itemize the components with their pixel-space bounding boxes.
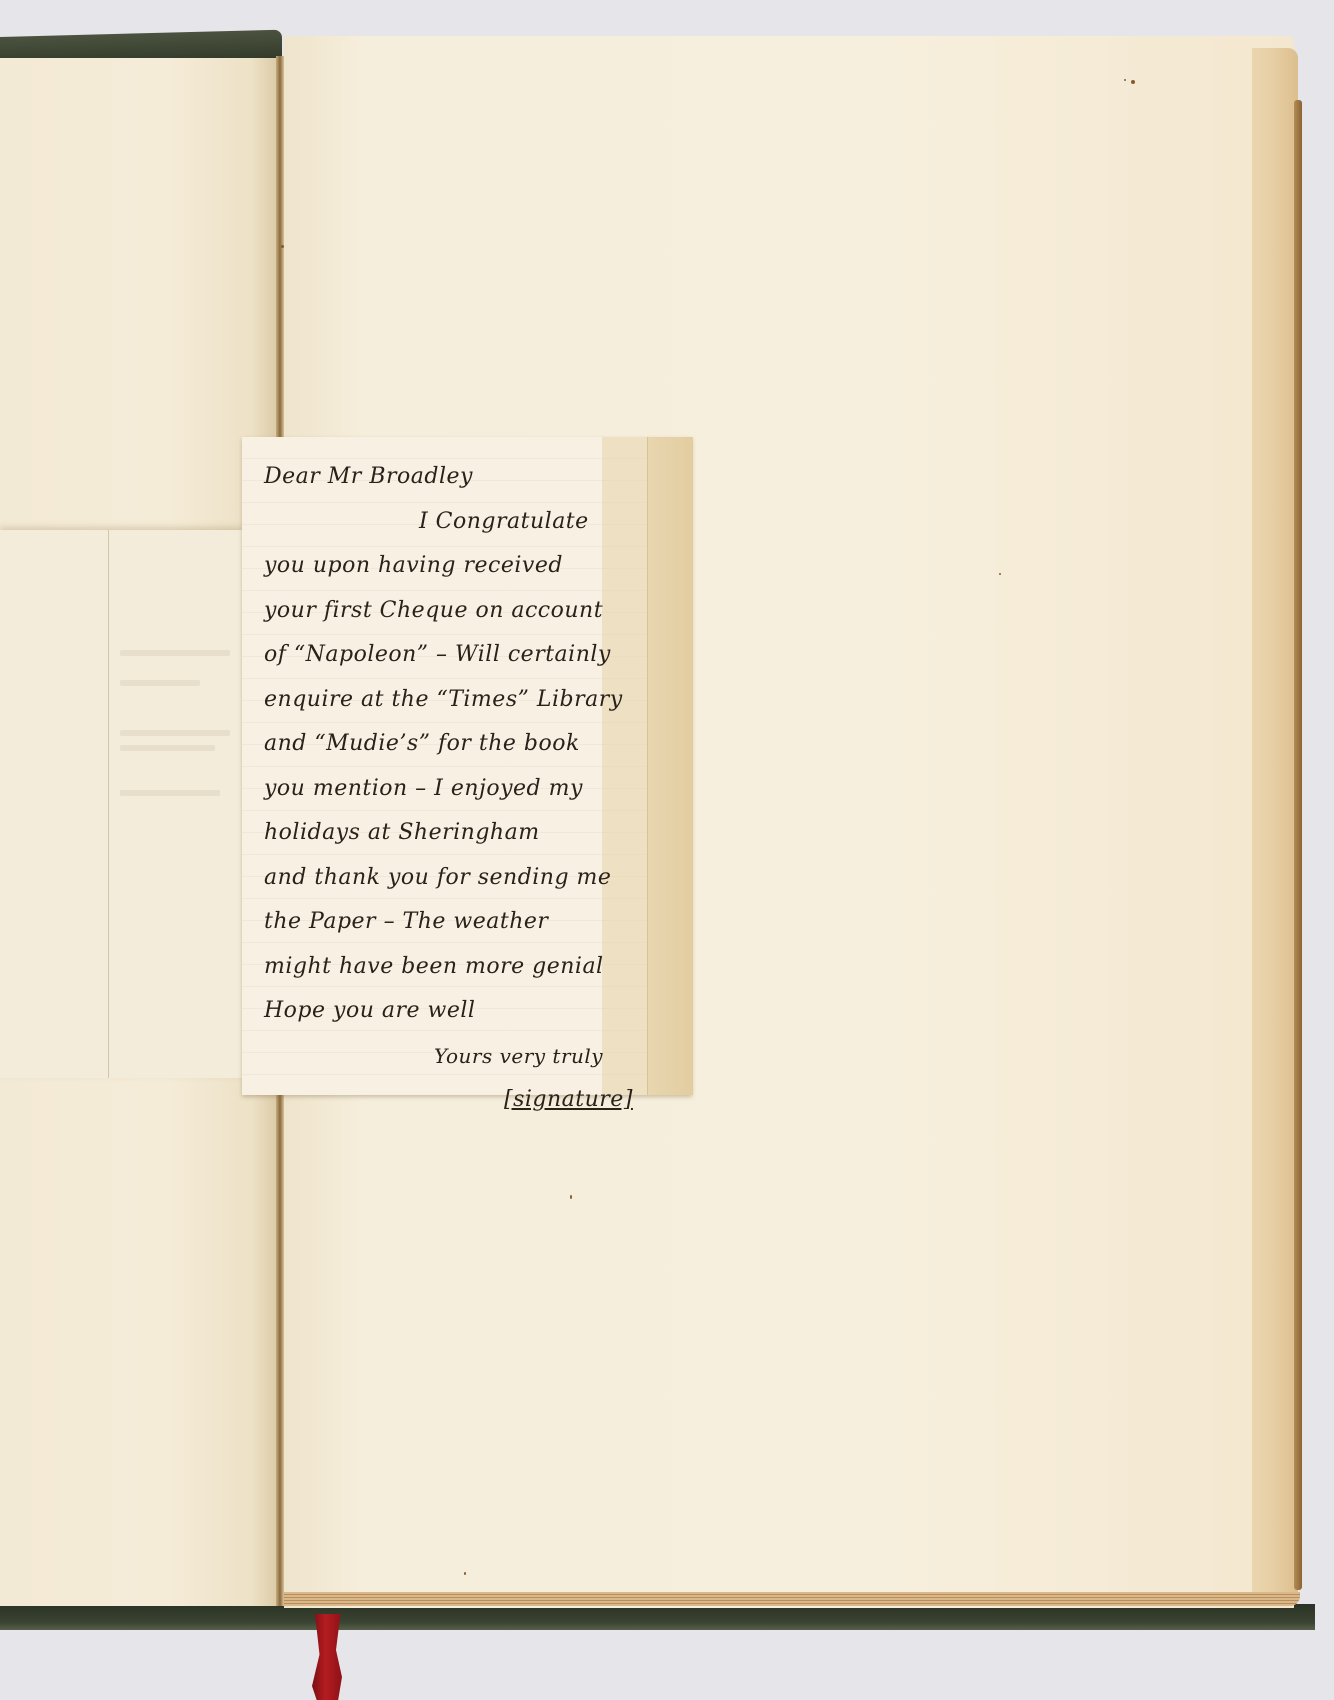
foxing-spot <box>1131 80 1135 84</box>
letter-line: the Paper – The weather <box>264 900 664 945</box>
foxing-spot <box>464 1572 466 1575</box>
foxing-spot <box>570 1195 572 1199</box>
letter-line: holidays at Sheringham <box>264 811 664 856</box>
letter-line: might have been more genial <box>264 945 664 990</box>
photo-scene: Dear Mr Broadley I Congratulate you upon… <box>0 0 1334 1700</box>
letter-line: enquire at the “Times” Library <box>264 678 664 723</box>
signature: [signature] <box>264 1078 664 1123</box>
page-edge-shadow <box>1294 100 1302 1590</box>
bookmark-ribbon <box>312 1614 342 1700</box>
letter-line: and “Mudie’s” for the book <box>264 722 664 767</box>
letter-line: your first Cheque on account <box>264 589 664 634</box>
letter-text: Dear Mr Broadley I Congratulate you upon… <box>264 455 664 1123</box>
letter-line: I Congratulate <box>264 500 664 545</box>
letter-line: and thank you for sending me <box>264 856 664 901</box>
folded-printed-sheet <box>0 530 243 1078</box>
valediction: Yours very truly <box>264 1034 664 1079</box>
faded-print <box>120 745 215 751</box>
letter-line: of “Napoleon” – Will certainly <box>264 633 664 678</box>
faded-print <box>120 650 230 656</box>
letter-line: you upon having received <box>264 544 664 589</box>
foxing-spot <box>281 245 284 248</box>
letter-line: you mention – I enjoyed my <box>264 767 664 812</box>
foxing-spot <box>1124 79 1126 81</box>
handwritten-letter: Dear Mr Broadley I Congratulate you upon… <box>242 437 692 1095</box>
salutation: Dear Mr Broadley <box>264 455 664 500</box>
faded-print <box>120 680 200 686</box>
sheet-fold-line <box>108 530 109 1078</box>
foxing-spot <box>999 573 1001 575</box>
faded-print <box>120 730 230 736</box>
letter-line: Hope you are well <box>264 989 664 1034</box>
page-stack-bottom <box>284 1592 1300 1606</box>
page-fore-edge <box>1252 48 1298 1594</box>
faded-print <box>120 790 220 796</box>
